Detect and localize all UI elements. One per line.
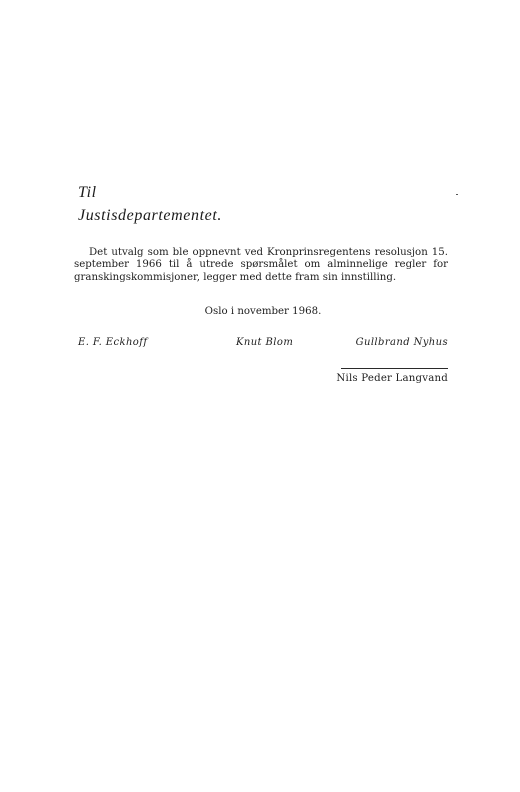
document-page: Til Justisdepartementet. Det utvalg som … <box>0 0 520 792</box>
recipient: Justisdepartementet. <box>78 207 222 225</box>
salutation-to: Til <box>78 184 97 202</box>
scan-speck <box>456 194 458 195</box>
signatory-nyhus: Gullbrand Nyhus <box>356 337 448 348</box>
letter-body: Det utvalg som ble oppnevnt ved Kronprin… <box>74 247 448 284</box>
secretary-name: Nils Peder Langvand <box>336 373 448 384</box>
place-and-date: Oslo i november 1968. <box>0 306 520 317</box>
signatory-eckhoff: E. F. Eckhoff <box>78 337 147 348</box>
signature-rule <box>341 368 448 369</box>
signatory-blom: Knut Blom <box>236 337 293 348</box>
